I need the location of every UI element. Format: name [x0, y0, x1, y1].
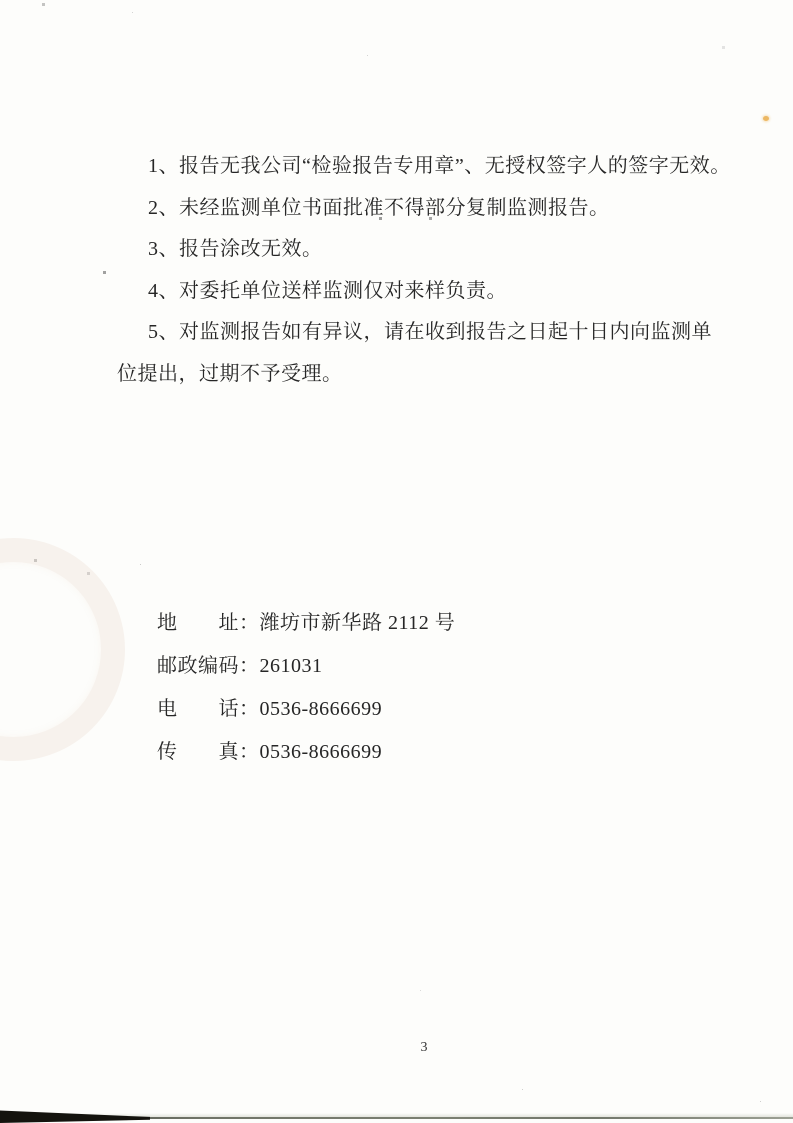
- stamp-ink-bleed-arc: [0, 538, 125, 761]
- phone-value: 0536-8666699: [260, 698, 383, 720]
- note-line-2: 2、未经监测单位书面批准不得部分复制监测报告。: [117, 188, 692, 230]
- page-number: 3: [0, 1040, 793, 1056]
- address-label: 地 址：: [157, 612, 260, 634]
- scan-orange-speck: [763, 116, 769, 121]
- address-value: 潍坊市新华路 2112 号: [260, 612, 456, 634]
- postal-code-label: 邮政编码：: [157, 655, 260, 677]
- scan-noise-speckles: [0, 0, 1, 1]
- contact-row-phone: 电 话：0536-8666699: [157, 688, 455, 731]
- fax-label: 传 真：: [157, 741, 260, 763]
- note-line-3: 3、报告涂改无效。: [117, 229, 692, 271]
- phone-label: 电 话：: [157, 698, 260, 720]
- note-line-1: 1、报告无我公司“检验报告专用章”、无授权签字人的签字无效。: [117, 146, 692, 188]
- scanned-document-page: 1、报告无我公司“检验报告专用章”、无授权签字人的签字无效。 2、未经监测单位书…: [0, 0, 793, 1123]
- contact-info-block: 地 址：潍坊市新华路 2112 号 邮政编码：261031 电 话：0536-8…: [157, 602, 455, 774]
- note-line-5: 5、对监测报告如有异议，请在收到报告之日起十日内向监测单: [117, 312, 692, 354]
- fax-value: 0536-8666699: [260, 741, 383, 763]
- report-notes-block: 1、报告无我公司“检验报告专用章”、无授权签字人的签字无效。 2、未经监测单位书…: [117, 146, 692, 395]
- contact-row-fax: 传 真：0536-8666699: [157, 731, 455, 774]
- note-line-5-continuation: 位提出，过期不予受理。: [117, 354, 692, 396]
- contact-row-postal-code: 邮政编码：261031: [157, 645, 455, 688]
- postal-code-value: 261031: [260, 655, 323, 677]
- contact-row-address: 地 址：潍坊市新华路 2112 号: [157, 602, 455, 645]
- note-line-4: 4、对委托单位送样监测仅对来样负责。: [117, 271, 692, 313]
